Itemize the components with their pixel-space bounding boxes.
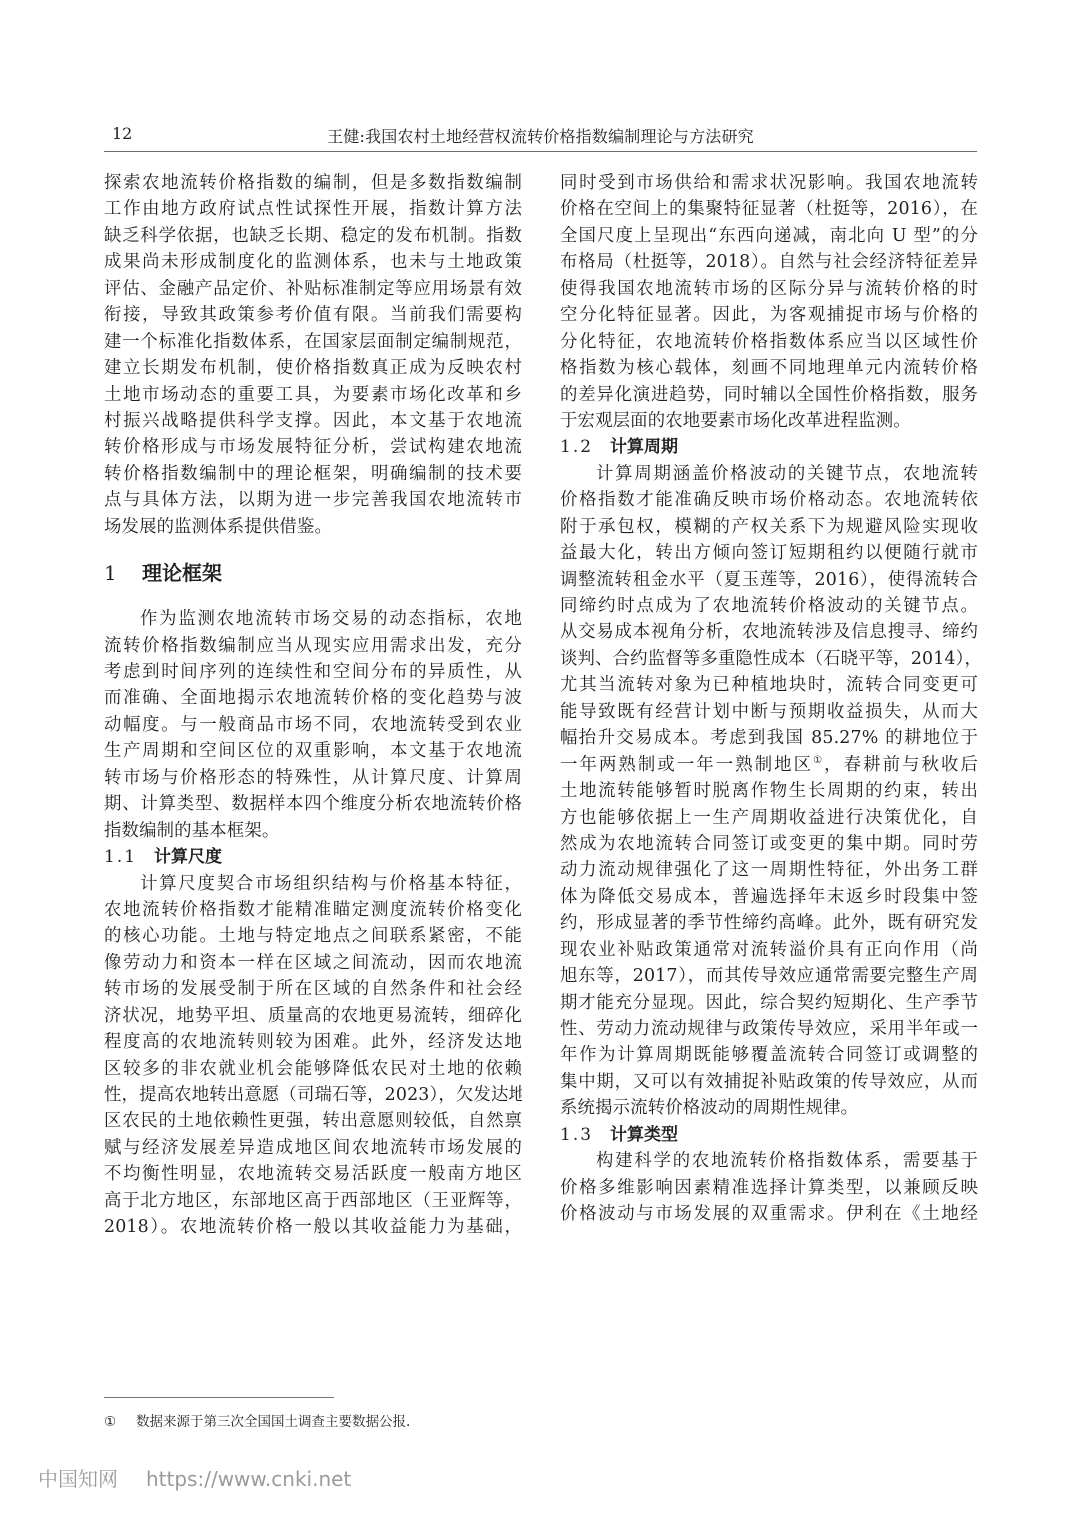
page-header: 12 王健:我国农村土地经营权流转价格指数编制理论与方法研究	[104, 122, 977, 152]
watermark-brand: 中国知网	[38, 1467, 118, 1491]
text-line: 一年两熟制或一年一熟制地区①，春耕前与秋收后	[560, 752, 978, 778]
text-line: 生产周期和空间区位的双重影响，本文基于农地流	[104, 738, 522, 764]
text-line: 年作为计算周期既能够覆盖流转合同签订或调整的	[560, 1042, 978, 1068]
text-line: 考虑到时间序列的连续性和空间分布的异质性，从	[104, 659, 522, 685]
text-line: 土地流转能够暂时脱离作物生长周期的约束，转出	[560, 778, 978, 804]
text-line: 2018）。农地流转价格一般以其收益能力为基础，	[104, 1214, 522, 1240]
text-line: 附于承包权，模糊的产权关系下为规避风险实现收	[560, 514, 978, 540]
section-1-paragraph: 作为监测农地流转市场交易的动态指标，农地流转价格指数编制应当从现实应用需求出发，…	[104, 606, 522, 844]
text-line: 期、计算类型、数据样本四个维度分析农地流转价格	[104, 791, 522, 817]
cnki-watermark: 中国知网https://www.cnki.net	[38, 1463, 351, 1492]
text-line: 能导致既有经营计划中断与预期收益损失，从而大	[560, 699, 978, 725]
watermark-url: https://www.cnki.net	[146, 1467, 351, 1491]
text-line: 调整流转租金水平（夏玉莲等，2016），使得流转合	[560, 567, 978, 593]
text-line: 性、劳动力流动规律与政策传导效应，采用半年或一	[560, 1016, 978, 1042]
section-heading-1: 1理论框架	[104, 544, 522, 600]
section-heading-1-3: 1.3计算类型	[560, 1122, 978, 1148]
text-line: 转市场的发展受制于所在区域的自然条件和社会经	[104, 976, 522, 1002]
text-line: 于宏观层面的农地要素市场化改革进程监测。	[560, 408, 978, 434]
text-line: 幅抬升交易成本。考虑到我国 85.27% 的耕地位于	[560, 725, 978, 751]
section-number: 1.1	[104, 844, 154, 870]
section-number: 1.2	[560, 434, 610, 460]
footnote: ①数据来源于第三次全国国土调查主要数据公报.	[104, 1410, 410, 1430]
text-line: 像劳动力和资本一样在区域之间流动，因而农地流	[104, 950, 522, 976]
text-line: 计算周期涵盖价格波动的关键节点，农地流转	[560, 461, 978, 487]
text-line: 谈判、合约监督等多重隐性成本（石晓平等，2014），	[560, 646, 978, 672]
text-line: 旭东等，2017），而其传导效应通常需要完整生产周	[560, 963, 978, 989]
text-line: 然成为农地流转合同签订或变更的集中期。同时劳	[560, 831, 978, 857]
right-column: 同时受到市场供给和需求状况影响。我国农地流转价格在空间上的集聚特征显著（杜挺等，…	[560, 170, 978, 1228]
text-line: 建立长期发布机制，使价格指数真正成为反映农村	[104, 355, 522, 381]
section-title: 计算尺度	[154, 847, 222, 867]
text-line: 高于北方地区，东部地区高于西部地区（王亚辉等，	[104, 1188, 522, 1214]
text-line: 格指数为核心载体，刻画不同地理单元内流转价格	[560, 355, 978, 381]
text-line: 全国尺度上呈现出“东西向递减，南北向 U 型”的分	[560, 223, 978, 249]
text-line: 价格在空间上的集聚特征显著（杜挺等，2016），在	[560, 196, 978, 222]
text-line: 而准确、全面地揭示农地流转价格的变化趋势与波	[104, 685, 522, 711]
text-line: 探索农地流转价格指数的编制，但是多数指数编制	[104, 170, 522, 196]
text-line: 尤其当流转对象为已种植地块时，流转合同变更可	[560, 672, 978, 698]
section-title: 计算周期	[610, 437, 678, 457]
text-line: 评估、金融产品定价、补贴标准制定等应用场景有效	[104, 276, 522, 302]
text-line: 从交易成本视角分析，农地流转涉及信息搜寻、缔约	[560, 619, 978, 645]
intro-paragraph: 探索农地流转价格指数的编制，但是多数指数编制工作由地方政府试点性试探性开展，指数…	[104, 170, 522, 540]
text-line: 成果尚未形成制度化的监测体系，也未与土地政策	[104, 249, 522, 275]
text-line: 作为监测农地流转市场交易的动态指标，农地	[104, 606, 522, 632]
section-number: 1	[104, 544, 142, 602]
footnote-divider	[104, 1397, 334, 1398]
text-line: 计算尺度契合市场组织结构与价格基本特征，	[104, 871, 522, 897]
section-heading-1-1: 1.1计算尺度	[104, 844, 522, 870]
left-column: 探索农地流转价格指数的编制，但是多数指数编制工作由地方政府试点性试探性开展，指数…	[104, 170, 522, 1241]
text-line: 价格指数才能准确反映市场价格动态。农地流转依	[560, 487, 978, 513]
section-1-3-paragraph: 构建科学的农地流转价格指数体系，需要基于价格多维影响因素精准选择计算类型，以兼顾…	[560, 1148, 978, 1227]
text-line: 同缔约时点成为了农地流转价格波动的关键节点。	[560, 593, 978, 619]
text-line: 村振兴战略提供科学支撑。因此，本文基于农地流	[104, 408, 522, 434]
text-line: 动幅度。与一般商品市场不同，农地流转受到农业	[104, 712, 522, 738]
section-title: 计算类型	[610, 1125, 678, 1145]
text-line: 价格多维影响因素精准选择计算类型，以兼顾反映	[560, 1175, 978, 1201]
text-line: 场发展的监测体系提供借鉴。	[104, 514, 522, 540]
text-line: 转市场与价格形态的特殊性，从计算尺度、计算周	[104, 765, 522, 791]
text-line: 布格局（杜挺等，2018）。自然与社会经济特征差异	[560, 249, 978, 275]
footnote-text: 数据来源于第三次全国国土调查主要数据公报.	[136, 1414, 410, 1430]
text-line: 的核心功能。土地与特定地点之间联系紧密，不能	[104, 923, 522, 949]
text-line: 分化特征，农地流转价格指数体系应当以区域性价	[560, 329, 978, 355]
text-line: 流转价格指数编制应当从现实应用需求出发，充分	[104, 633, 522, 659]
text-line: 指数编制的基本框架。	[104, 818, 522, 844]
text-line: 赋与经济发展差异造成地区间农地流转市场发展的	[104, 1135, 522, 1161]
text-line: 构建科学的农地流转价格指数体系，需要基于	[560, 1148, 978, 1174]
text-line: 动力流动规律强化了这一周期性特征，外出务工群	[560, 857, 978, 883]
text-line: 现农业补贴政策通常对流转溢价具有正向作用（尚	[560, 937, 978, 963]
text-line: 益最大化，转出方倾向签订短期租约以便随行就市	[560, 540, 978, 566]
text-line: 建一个标准化指数体系，在国家层面制定编制规范，	[104, 329, 522, 355]
text-line: 空分化特征显著。因此，为客观捕捉市场与价格的	[560, 302, 978, 328]
text-line: 衔接，导致其政策参考价值有限。当前我们需要构	[104, 302, 522, 328]
section-1-1-paragraph: 计算尺度契合市场组织结构与价格基本特征，农地流转价格指数才能精准瞄定测度流转价格…	[104, 871, 522, 1241]
text-line: 的差异化演进趋势，同时辅以全国性价格指数，服务	[560, 382, 978, 408]
section-title: 理论框架	[142, 561, 222, 585]
section-1-2-paragraph: 计算周期涵盖价格波动的关键节点，农地流转价格指数才能准确反映市场价格动态。农地流…	[560, 461, 978, 1122]
text-line: 体为降低交易成本，普遍选择年末返乡时段集中签	[560, 884, 978, 910]
text-line: 缺乏科学依据，也缺乏长期、稳定的发布机制。指数	[104, 223, 522, 249]
text-line: 不均衡性明显，农地流转交易活跃度一般南方地区	[104, 1161, 522, 1187]
text-line: 方也能够依据上一生产周期收益进行决策优化，自	[560, 805, 978, 831]
text-line: 系统揭示流转价格波动的周期性规律。	[560, 1095, 978, 1121]
text-line: 同时受到市场供给和需求状况影响。我国农地流转	[560, 170, 978, 196]
text-line: 价格波动与市场发展的双重需求。伊利在《土地经	[560, 1201, 978, 1227]
text-line: 农地流转价格指数才能精准瞄定测度流转价格变化	[104, 897, 522, 923]
text-line: 集中期，又可以有效捕捉补贴政策的传导效应，从而	[560, 1069, 978, 1095]
text-line: 期才能充分显现。因此，综合契约短期化、生产季节	[560, 990, 978, 1016]
footnote-reference[interactable]: ①	[813, 755, 824, 766]
continued-paragraph: 同时受到市场供给和需求状况影响。我国农地流转价格在空间上的集聚特征显著（杜挺等，…	[560, 170, 978, 434]
text-line: 点与具体方法，以期为进一步完善我国农地流转市	[104, 487, 522, 513]
section-number: 1.3	[560, 1122, 610, 1148]
text-line: 转价格指数编制中的理论框架，明确编制的技术要	[104, 461, 522, 487]
footnote-mark: ①	[104, 1414, 136, 1430]
text-line: 土地市场动态的重要工具，为要素市场化改革和乡	[104, 382, 522, 408]
text-line: 济状况，地势平坦、质量高的农地更易流转，细碎化	[104, 1003, 522, 1029]
text-line: 性，提高农地转出意愿（司瑞石等，2023），欠发达地	[104, 1082, 522, 1108]
text-line: 工作由地方政府试点性试探性开展，指数计算方法	[104, 196, 522, 222]
text-line: 约，形成显著的季节性缔约高峰。此外，既有研究发	[560, 910, 978, 936]
running-title: 王健:我国农村土地经营权流转价格指数编制理论与方法研究	[104, 124, 977, 147]
section-heading-1-2: 1.2计算周期	[560, 434, 978, 460]
text-line: 使得我国农地流转市场的区际分异与流转价格的时	[560, 276, 978, 302]
text-line: 区农民的土地依赖性更强，转出意愿则较低，自然禀	[104, 1108, 522, 1134]
text-line: 区较多的非农就业机会能够降低农民对土地的依赖	[104, 1056, 522, 1082]
text-line: 程度高的农地流转则较为困难。此外，经济发达地	[104, 1029, 522, 1055]
text-line: 转价格形成与市场发展特征分析，尝试构建农地流	[104, 434, 522, 460]
